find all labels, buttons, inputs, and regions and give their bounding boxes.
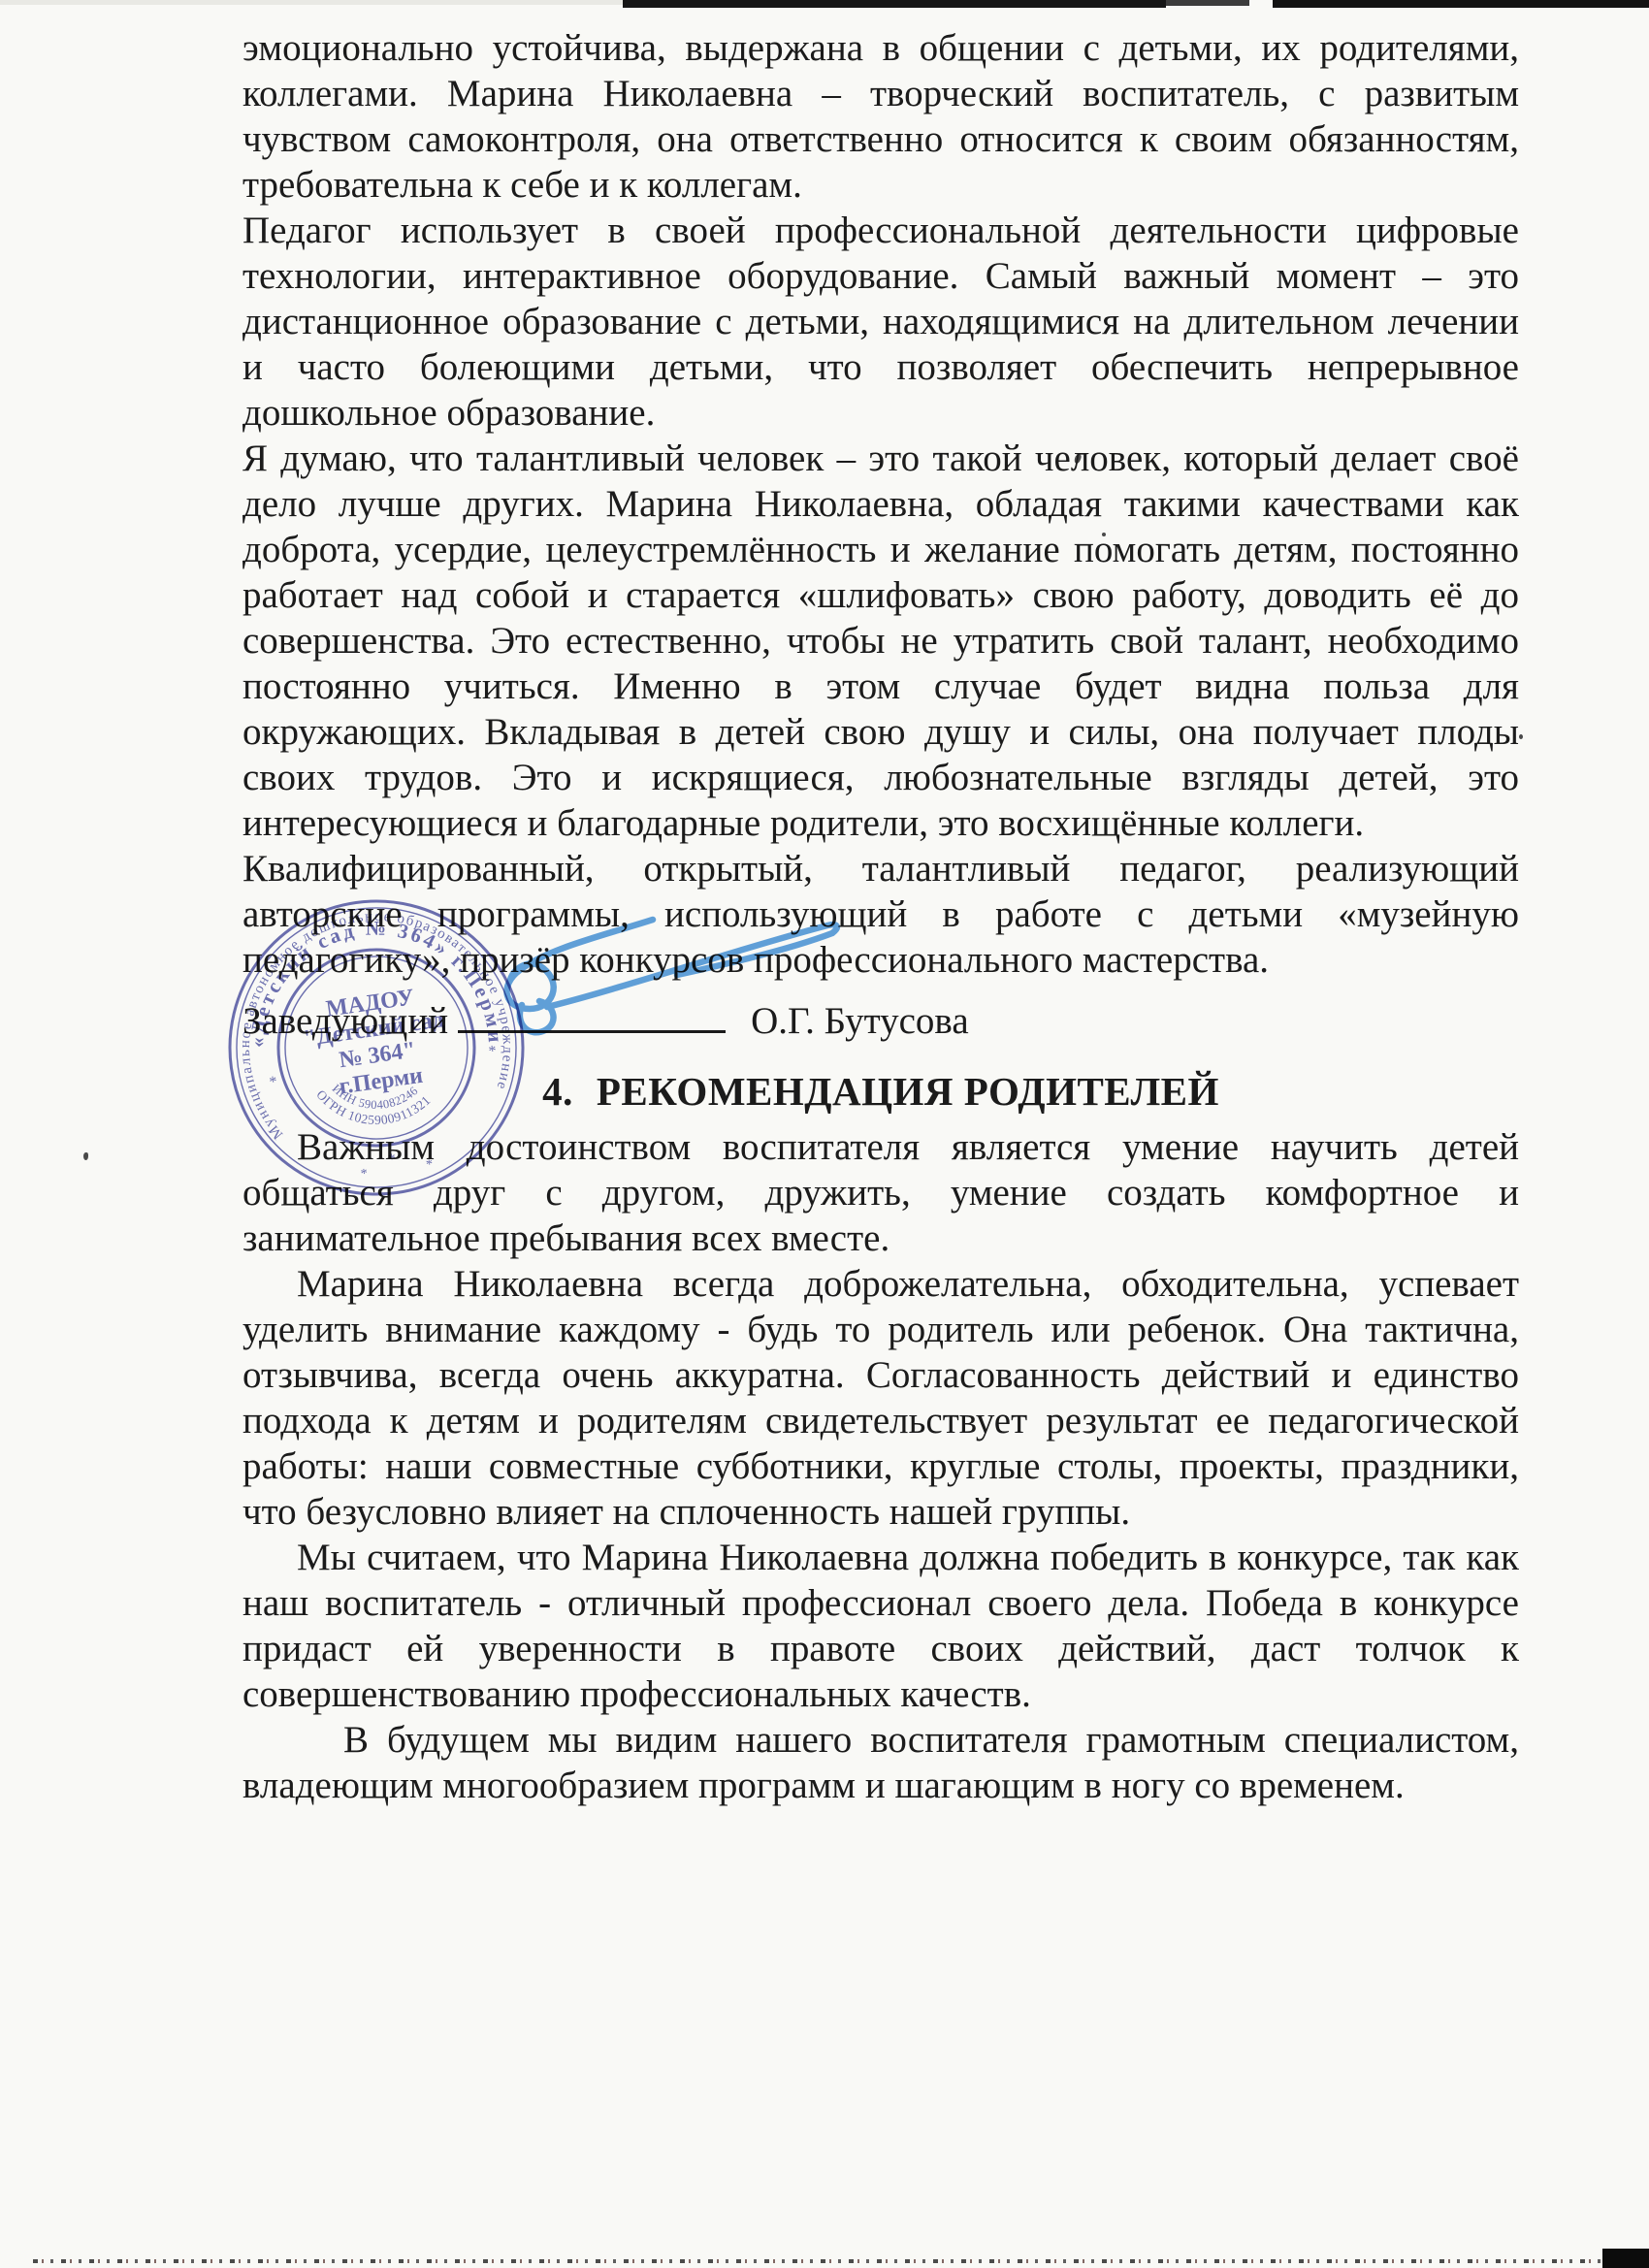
stamp-star: * [387, 1150, 397, 1168]
section-number: 4. [542, 1069, 573, 1114]
rec-paragraph-4: В будущем мы видим нашего воспитателя гр… [242, 1717, 1519, 1808]
scanner-artifact-top-bar [1273, 0, 1649, 8]
stamp-star: * [360, 1167, 369, 1183]
rec-paragraph-2: Марина Николаевна всегда доброжелательна… [242, 1261, 1519, 1535]
rec-paragraph-3: Мы считаем, что Марина Николаевна должна… [242, 1535, 1519, 1717]
stamp-star: * [269, 1074, 278, 1091]
scanner-artifact-top-shade [0, 0, 623, 5]
stamp-center-text: МАДОУ "Детский сад № 364" г.Перми [298, 981, 453, 1103]
scan-speck [83, 1152, 88, 1160]
scanner-artifact-bottom-corner [1602, 2249, 1649, 2268]
section-title: РЕКОМЕНДАЦИЯ РОДИТЕЛЕЙ [597, 1069, 1219, 1114]
paragraph-talent: Я думаю, что талантливый человек – это т… [242, 436, 1519, 846]
stamp-star: * [425, 1157, 434, 1173]
paragraph-technology: Педагог использует в своей профессиональ… [242, 208, 1519, 436]
scanner-artifact-bottom-line [33, 2259, 1600, 2263]
scan-speck [1519, 734, 1523, 739]
scanner-artifact-top-bar [1166, 0, 1249, 6]
scanner-artifact-top-bar [623, 0, 1166, 8]
paragraph-character: эмоционально устойчива, выдержана в обще… [242, 25, 1519, 208]
handwritten-signature [454, 900, 861, 1046]
scanned-document-page: эмоционально устойчива, выдержана в обще… [0, 0, 1649, 2268]
